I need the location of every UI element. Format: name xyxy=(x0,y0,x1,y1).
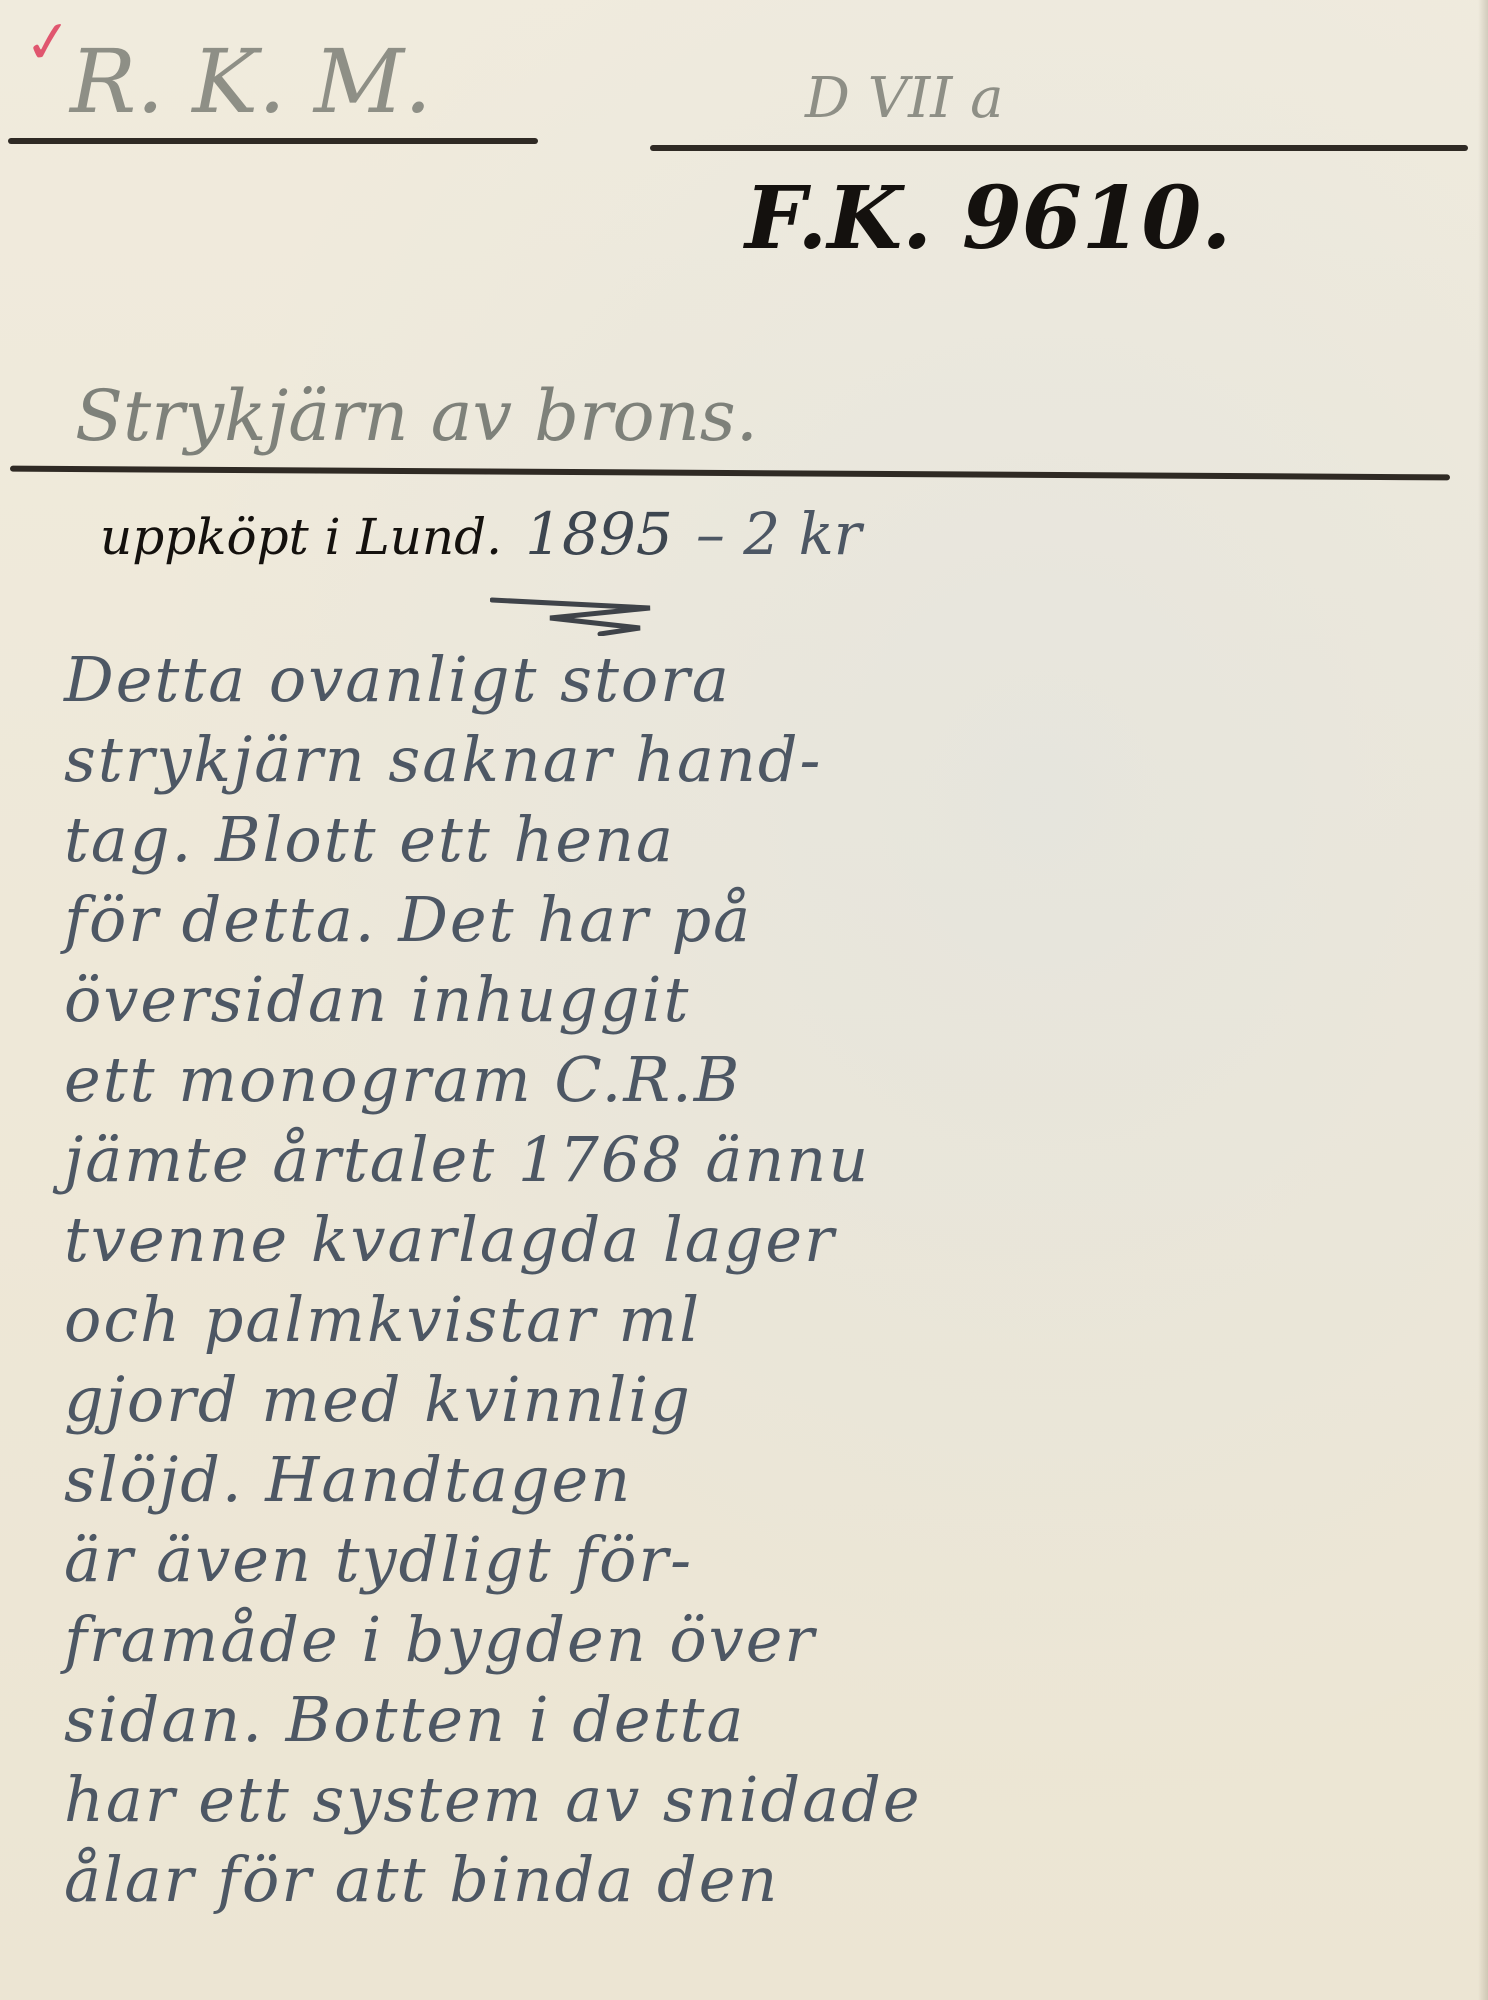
card-edge xyxy=(1478,0,1488,2000)
acquisition-line: uppköpt i Lund. 1895 – 2 kr xyxy=(100,500,861,568)
description-line: är även tydligt för- xyxy=(64,1520,1444,1600)
description-line: för detta. Det har på xyxy=(64,880,1444,960)
description-line: ett monogram C.R.B xyxy=(64,1040,1444,1120)
description-line: tag. Blott ett hena xyxy=(64,800,1444,880)
object-title: Strykjärn av brons. xyxy=(75,375,758,457)
description-line: gjord med kvinnlig xyxy=(64,1360,1444,1440)
acquisition-year: 1895 xyxy=(525,500,673,568)
header-right-classification: D VII a xyxy=(805,66,1004,131)
description-line: sidan. Botten i detta xyxy=(64,1680,1444,1760)
description-line: Detta ovanligt stora xyxy=(64,640,1444,720)
acquisition-price: – 2 kr xyxy=(696,500,862,568)
description-line: har ett system av snidade xyxy=(64,1760,1444,1840)
description-line: slöjd. Handtagen xyxy=(64,1440,1444,1520)
acquisition-text: uppköpt i Lund. xyxy=(100,508,502,566)
header-left-initials: R. K. M. xyxy=(70,30,432,133)
description-line: jämte årtalet 1768 ännu xyxy=(64,1120,1444,1200)
description-line: strykjärn saknar hand- xyxy=(64,720,1444,800)
description-line: framåde i bygden över xyxy=(64,1600,1444,1680)
description-line: översidan inhuggit xyxy=(64,960,1444,1040)
red-check-mark-icon: ✓ xyxy=(21,6,76,79)
insertion-mark-icon xyxy=(490,596,660,636)
title-rule xyxy=(10,466,1450,481)
catalog-number: F.K. 9610. xyxy=(745,168,1231,269)
description-line: och palmkvistar ml xyxy=(64,1280,1444,1360)
description-line: ålar för att binda den xyxy=(64,1840,1444,1920)
description-body: Detta ovanligt stora strykjärn saknar ha… xyxy=(64,640,1444,1920)
header-left-rule xyxy=(8,138,538,144)
description-line: tvenne kvarlagda lager xyxy=(64,1200,1444,1280)
header-right-rule xyxy=(650,145,1468,151)
catalog-card: ✓ R. K. M. D VII a F.K. 9610. Strykjärn … xyxy=(0,0,1488,2000)
